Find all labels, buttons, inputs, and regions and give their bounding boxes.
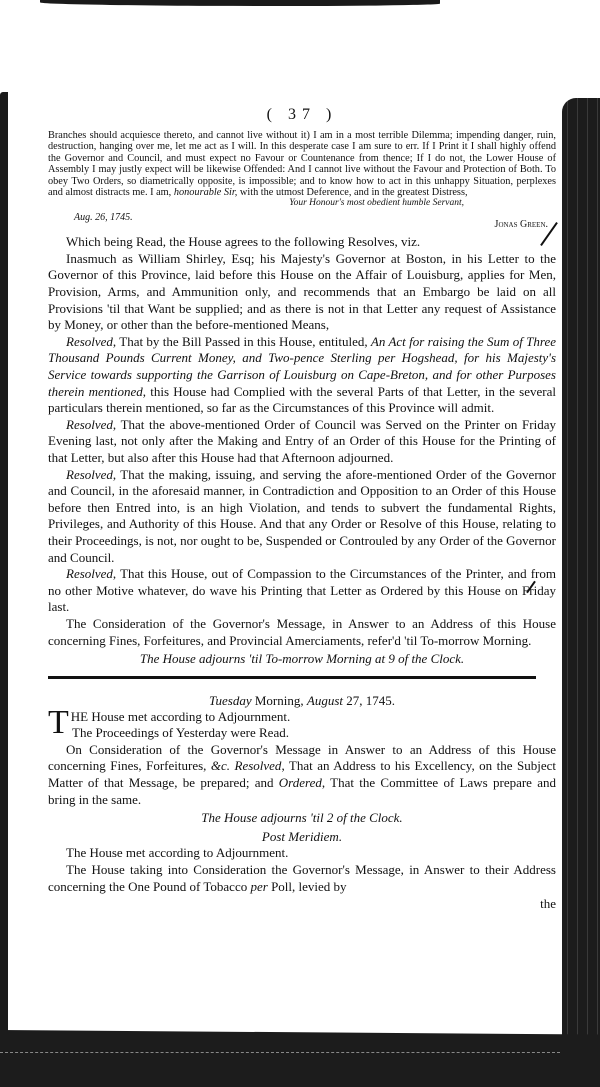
- scan-top-edge: [40, 0, 440, 6]
- adjournment-notice: The House adjourns 'til To-morrow Mornin…: [48, 651, 556, 668]
- catchword: the: [48, 896, 556, 913]
- paragraph: Resolved, That the making, issuing, and …: [48, 467, 556, 567]
- letter-closing: Your Honour's most obedient humble Serva…: [48, 198, 464, 209]
- session-august-27: Tuesday Morning, August 27, 1745. T HE H…: [48, 693, 556, 913]
- letter-date: Aug. 26, 1745.: [74, 212, 133, 230]
- paragraph: The House taking into Consideration the …: [48, 862, 556, 895]
- paragraph: Inasmuch as William Shirley, Esq; his Ma…: [48, 251, 556, 334]
- paragraph: The House met according to Adjournment.: [48, 845, 556, 862]
- letter-excerpt: Branches should acquiesce thereto, and c…: [48, 130, 556, 230]
- adjournment-notice: The House adjourns 'til 2 of the Clock.: [48, 810, 556, 827]
- session-opening: T HE House met according to Adjournment.…: [48, 709, 556, 742]
- letter-date-signature: Aug. 26, 1745. Jonas Green.: [48, 212, 556, 230]
- drop-cap: T: [48, 709, 69, 737]
- paragraph: Which being Read, the House agrees to th…: [48, 234, 556, 251]
- page-number: ( 37 ): [48, 106, 556, 124]
- scan-left-edge: [0, 92, 8, 1042]
- post-meridiem-heading: Post Meridiem.: [48, 829, 556, 846]
- letter-address: honourable Sir,: [174, 187, 238, 198]
- letter-text: Branches should acquiesce thereto, and c…: [48, 130, 556, 198]
- paragraph: The Consideration of the Governor's Mess…: [48, 616, 556, 649]
- document-page: ( 37 ) Branches should acquiesce thereto…: [48, 100, 556, 913]
- paragraph: Resolved, That the above-mentioned Order…: [48, 417, 556, 467]
- journal-body: Which being Read, the House agrees to th…: [48, 234, 556, 667]
- paragraph: Resolved, That this House, out of Compas…: [48, 566, 556, 616]
- section-divider: [48, 676, 536, 679]
- scan-right-edge: [562, 98, 600, 1058]
- scan-bottom-edge: [0, 1030, 600, 1087]
- session-heading: Tuesday Morning, August 27, 1745.: [48, 693, 556, 709]
- session-body: On Consideration of the Governor's Messa…: [48, 742, 556, 913]
- paragraph: Resolved, That by the Bill Passed in thi…: [48, 334, 556, 417]
- paragraph: On Consideration of the Governor's Messa…: [48, 742, 556, 808]
- letter-signature: Jonas Green.: [495, 219, 548, 230]
